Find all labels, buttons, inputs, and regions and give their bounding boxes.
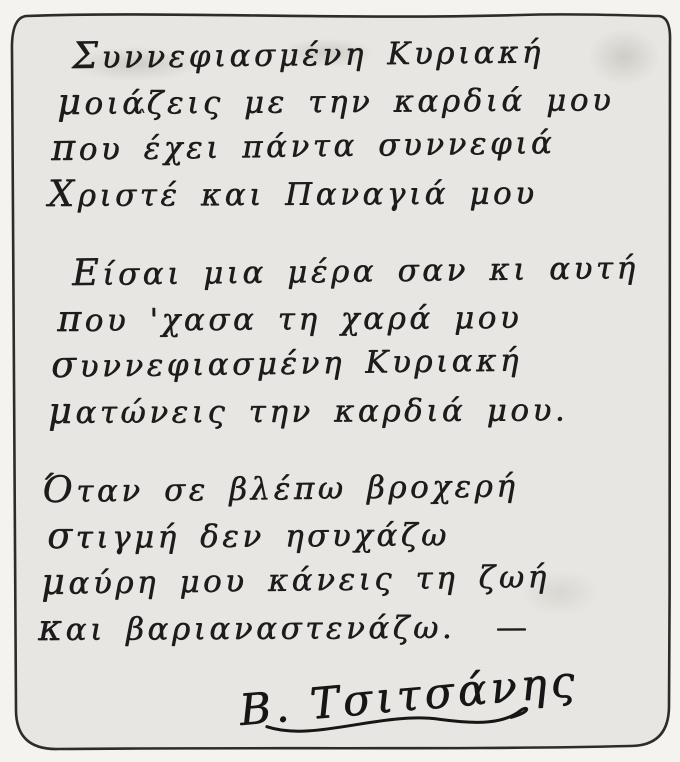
lyric-line: μαύρη μου κάνεις τη ζωή [41, 551, 663, 606]
lyric-line: Είσαι μια μέρα σαν κι αυτή [72, 244, 663, 297]
lyric-line: ματώνεις την καρδιά μου. [48, 386, 662, 435]
stanza-1: Συννεφιασμένη Κυριακή μοιάζεις με την κα… [48, 34, 662, 218]
stanza-2: Είσαι μια μέρα σαν κι αυτή που 'χασα τη … [48, 251, 662, 435]
signature-block: Β. Τσιτσάνης [237, 657, 562, 751]
lyric-line: Συννεφιασμένη Κυριακή [72, 27, 663, 80]
manuscript-content: Συννεφιασμένη Κυριακή μοιάζεις με την κα… [48, 34, 662, 751]
lyric-line: συννεφιασμένη Κυριακή [51, 334, 663, 389]
lyric-line: Χριστέ και Παναγιά μου [48, 169, 662, 218]
scanned-manuscript-page: Συννεφιασμένη Κυριακή μοιάζεις με την κα… [0, 0, 680, 762]
lyric-line: και βαριαναστενάζω. — [38, 603, 662, 652]
stanza-3: Όταν σε βλέπω βροχερή στιγμή δεν ησυχάζω… [38, 468, 662, 652]
lyric-line: Όταν σε βλέπω βροχερή [42, 460, 663, 514]
insertion-mark: ˆ [134, 108, 145, 133]
